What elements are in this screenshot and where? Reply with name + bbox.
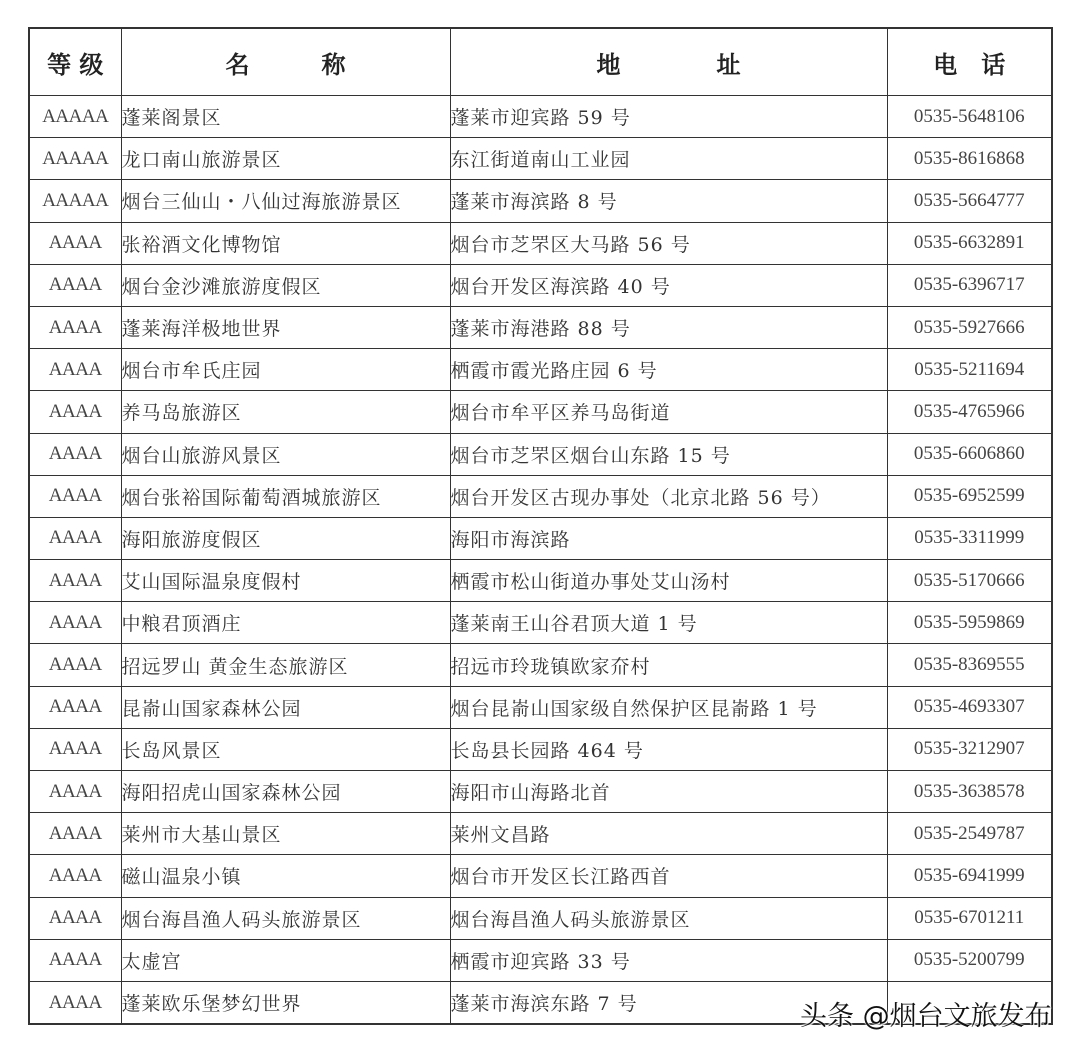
header-grade: 等 级 [29, 28, 121, 96]
watermark: 头条 @烟台文旅发布 [800, 994, 1052, 1033]
grade-cell: AAAAA [29, 180, 121, 222]
phone-cell: 0535-2549787 [887, 813, 1052, 855]
grade-cell: AAAA [29, 644, 121, 686]
phone-cell: 0535-5959869 [887, 602, 1052, 644]
phone-cell: 0535-5200799 [887, 939, 1052, 981]
table-row: AAAA长岛风景区长岛县长园路 464 号0535-3212907 [29, 728, 1052, 770]
table-row: AAAA养马岛旅游区烟台市牟平区养马岛街道0535-4765966 [29, 391, 1052, 433]
header-name: 名 称 [121, 28, 450, 96]
addr-cell: 烟台市芝罘区烟台山东路 15 号 [450, 433, 887, 475]
name-cell: 莱州市大基山景区 [121, 813, 450, 855]
grade-cell: AAAA [29, 981, 121, 1024]
grade-cell: AAAA [29, 306, 121, 348]
grade-cell: AAAA [29, 897, 121, 939]
grade-cell: AAAA [29, 391, 121, 433]
table-row: AAAA烟台金沙滩旅游度假区烟台开发区海滨路 40 号0535-6396717 [29, 264, 1052, 306]
table-row: AAAA海阳招虎山国家森林公园海阳市山海路北首0535-3638578 [29, 771, 1052, 813]
table-row: AAAA太虚宫栖霞市迎宾路 33 号0535-5200799 [29, 939, 1052, 981]
grade-cell: AAAA [29, 222, 121, 264]
addr-cell: 蓬莱市海港路 88 号 [450, 306, 887, 348]
grade-cell: AAAA [29, 813, 121, 855]
grade-cell: AAAA [29, 939, 121, 981]
name-cell: 烟台山旅游风景区 [121, 433, 450, 475]
table-row: AAAA磁山温泉小镇烟台市开发区长江路西首0535-6941999 [29, 855, 1052, 897]
name-cell: 艾山国际温泉度假村 [121, 560, 450, 602]
grade-cell: AAAA [29, 433, 121, 475]
table-row: AAAA中粮君顶酒庄蓬莱南王山谷君顶大道 1 号0535-5959869 [29, 602, 1052, 644]
addr-cell: 海阳市山海路北首 [450, 771, 887, 813]
phone-cell: 0535-6606860 [887, 433, 1052, 475]
phone-cell: 0535-6396717 [887, 264, 1052, 306]
table-row: AAAA海阳旅游度假区海阳市海滨路0535-3311999 [29, 517, 1052, 559]
grade-cell: AAAAA [29, 138, 121, 180]
phone-cell: 0535-6632891 [887, 222, 1052, 264]
table-row: AAAA莱州市大基山景区莱州文昌路0535-2549787 [29, 813, 1052, 855]
name-cell: 烟台三仙山・八仙过海旅游景区 [121, 180, 450, 222]
name-cell: 招远罗山 黄金生态旅游区 [121, 644, 450, 686]
addr-cell: 长岛县长园路 464 号 [450, 728, 887, 770]
addr-cell: 东江街道南山工业园 [450, 138, 887, 180]
table-row: AAAA烟台张裕国际葡萄酒城旅游区烟台开发区古现办事处（北京北路 56 号）05… [29, 475, 1052, 517]
name-cell: 张裕酒文化博物馆 [121, 222, 450, 264]
name-cell: 蓬莱欧乐堡梦幻世界 [121, 981, 450, 1024]
addr-cell: 烟台海昌渔人码头旅游景区 [450, 897, 887, 939]
grade-cell: AAAA [29, 686, 121, 728]
name-cell: 烟台金沙滩旅游度假区 [121, 264, 450, 306]
grade-cell: AAAA [29, 855, 121, 897]
phone-cell: 0535-3638578 [887, 771, 1052, 813]
scenic-spots-table: 等 级 名 称 地 址 电 话 AAAAA蓬莱阁景区蓬莱市迎宾路 59 号053… [28, 27, 1053, 1025]
table-row: AAAAA蓬莱阁景区蓬莱市迎宾路 59 号0535-5648106 [29, 96, 1052, 138]
addr-cell: 蓬莱南王山谷君顶大道 1 号 [450, 602, 887, 644]
table-row: AAAA烟台海昌渔人码头旅游景区烟台海昌渔人码头旅游景区0535-6701211 [29, 897, 1052, 939]
table-row: AAAA烟台市牟氏庄园栖霞市霞光路庄园 6 号0535-5211694 [29, 349, 1052, 391]
header-row: 等 级 名 称 地 址 电 话 [29, 28, 1052, 96]
addr-cell: 莱州文昌路 [450, 813, 887, 855]
grade-cell: AAAAA [29, 96, 121, 138]
name-cell: 蓬莱海洋极地世界 [121, 306, 450, 348]
phone-cell: 0535-5648106 [887, 96, 1052, 138]
addr-cell: 烟台开发区古现办事处（北京北路 56 号） [450, 475, 887, 517]
name-cell: 海阳招虎山国家森林公园 [121, 771, 450, 813]
grade-cell: AAAA [29, 475, 121, 517]
name-cell: 烟台市牟氏庄园 [121, 349, 450, 391]
name-cell: 养马岛旅游区 [121, 391, 450, 433]
grade-cell: AAAA [29, 349, 121, 391]
header-phone: 电 话 [887, 28, 1052, 96]
table-row: AAAA昆嵛山国家森林公园烟台昆嵛山国家级自然保护区昆嵛路 1 号0535-46… [29, 686, 1052, 728]
addr-cell: 招远市玲珑镇欧家夼村 [450, 644, 887, 686]
addr-cell: 栖霞市迎宾路 33 号 [450, 939, 887, 981]
phone-cell: 0535-5211694 [887, 349, 1052, 391]
phone-cell: 0535-4765966 [887, 391, 1052, 433]
phone-cell: 0535-3311999 [887, 517, 1052, 559]
addr-cell: 栖霞市霞光路庄园 6 号 [450, 349, 887, 391]
name-cell: 太虚宫 [121, 939, 450, 981]
addr-cell: 烟台昆嵛山国家级自然保护区昆嵛路 1 号 [450, 686, 887, 728]
phone-cell: 0535-3212907 [887, 728, 1052, 770]
phone-cell: 0535-6952599 [887, 475, 1052, 517]
addr-cell: 蓬莱市迎宾路 59 号 [450, 96, 887, 138]
table-row: AAAA蓬莱海洋极地世界蓬莱市海港路 88 号0535-5927666 [29, 306, 1052, 348]
table-row: AAAA张裕酒文化博物馆烟台市芝罘区大马路 56 号0535-6632891 [29, 222, 1052, 264]
addr-cell: 海阳市海滨路 [450, 517, 887, 559]
grade-cell: AAAA [29, 264, 121, 306]
grade-cell: AAAA [29, 517, 121, 559]
name-cell: 长岛风景区 [121, 728, 450, 770]
name-cell: 龙口南山旅游景区 [121, 138, 450, 180]
table-row: AAAAA龙口南山旅游景区东江街道南山工业园0535-8616868 [29, 138, 1052, 180]
phone-cell: 0535-5664777 [887, 180, 1052, 222]
name-cell: 海阳旅游度假区 [121, 517, 450, 559]
phone-cell: 0535-8616868 [887, 138, 1052, 180]
name-cell: 烟台海昌渔人码头旅游景区 [121, 897, 450, 939]
name-cell: 中粮君顶酒庄 [121, 602, 450, 644]
table-row: AAAA烟台山旅游风景区烟台市芝罘区烟台山东路 15 号0535-6606860 [29, 433, 1052, 475]
phone-cell: 0535-6941999 [887, 855, 1052, 897]
addr-cell: 烟台市开发区长江路西首 [450, 855, 887, 897]
grade-cell: AAAA [29, 728, 121, 770]
addr-cell: 烟台市牟平区养马岛街道 [450, 391, 887, 433]
addr-cell: 蓬莱市海滨路 8 号 [450, 180, 887, 222]
phone-cell: 0535-6701211 [887, 897, 1052, 939]
phone-cell: 0535-8369555 [887, 644, 1052, 686]
phone-cell: 0535-5170666 [887, 560, 1052, 602]
table-row: AAAAA烟台三仙山・八仙过海旅游景区蓬莱市海滨路 8 号0535-566477… [29, 180, 1052, 222]
addr-cell: 烟台市芝罘区大马路 56 号 [450, 222, 887, 264]
name-cell: 昆嵛山国家森林公园 [121, 686, 450, 728]
grade-cell: AAAA [29, 560, 121, 602]
name-cell: 烟台张裕国际葡萄酒城旅游区 [121, 475, 450, 517]
table-row: AAAA艾山国际温泉度假村栖霞市松山街道办事处艾山汤村0535-5170666 [29, 560, 1052, 602]
grade-cell: AAAA [29, 602, 121, 644]
header-address: 地 址 [450, 28, 887, 96]
phone-cell: 0535-4693307 [887, 686, 1052, 728]
table-body: AAAAA蓬莱阁景区蓬莱市迎宾路 59 号0535-5648106AAAAA龙口… [29, 96, 1052, 1025]
name-cell: 蓬莱阁景区 [121, 96, 450, 138]
addr-cell: 烟台开发区海滨路 40 号 [450, 264, 887, 306]
addr-cell: 栖霞市松山街道办事处艾山汤村 [450, 560, 887, 602]
table-row: AAAA招远罗山 黄金生态旅游区招远市玲珑镇欧家夼村0535-8369555 [29, 644, 1052, 686]
phone-cell: 0535-5927666 [887, 306, 1052, 348]
grade-cell: AAAA [29, 771, 121, 813]
name-cell: 磁山温泉小镇 [121, 855, 450, 897]
